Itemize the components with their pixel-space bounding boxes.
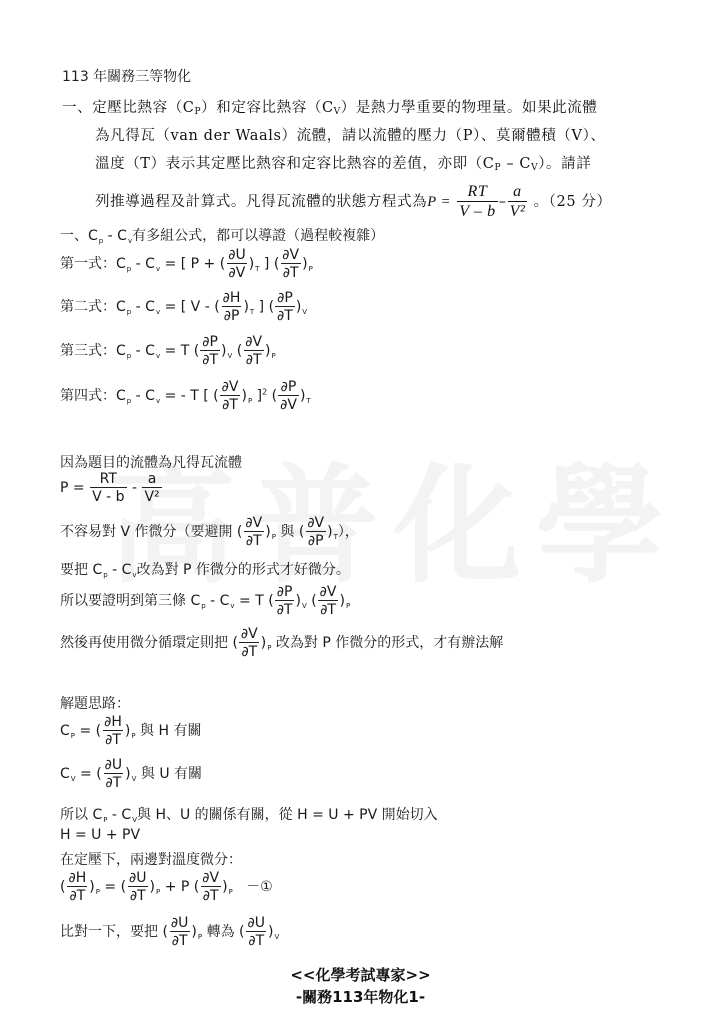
footer-brand: <<化學考試專家>> <box>0 964 721 985</box>
question-line-3: 溫度（T）表示其定壓比熱容和定容比熱容的差值，亦即（CP – CV）。請詳 <box>95 152 591 173</box>
vdw-intro: 因為題目的流體為凡得瓦流體 <box>60 452 242 472</box>
cv-definition: CV = (∂U∂T)V 與 U 有關 <box>60 758 202 790</box>
page-header: 113 年關務三等物化 <box>62 66 191 86</box>
formula-1: 第一式：Cp - Cv = [ P + (∂U∂V)T ] (∂V∂T)P <box>60 248 313 280</box>
footer-page-label: -關務113年物化1- <box>0 986 721 1007</box>
prove-line: 所以要證明到第三條 Cp - Cv = T (∂P∂T)V (∂V∂T)P <box>60 585 350 617</box>
change-line: 要把 Cp - Cv改為對 P 作微分的形式才好微分。 <box>60 559 350 579</box>
formula-3: 第三式：Cp - Cv = T (∂P∂T)V (∂V∂T)P <box>60 335 276 367</box>
equation-tag: －① <box>246 879 273 895</box>
document-page: 113 年關務三等物化 一、定壓比熱容（CP）和定容比熱容（CV）是熱力學重要的… <box>0 0 721 1024</box>
enthalpy-definition: H = U + PV <box>60 827 140 843</box>
answer-intro: 一、Cp - Cv有多組公式，都可以導證（過程較複雜） <box>60 225 384 245</box>
cp-definition: CP = (∂H∂T)P 與 H 有關 <box>60 715 201 747</box>
idea-title: 解題思路： <box>60 693 130 713</box>
vdw-equation: P = RTV - b - aV² <box>60 472 163 504</box>
difficulty-line: 不容易對 V 作微分（要避開 (∂V∂T)P 與 (∂V∂P)T）， <box>60 516 359 548</box>
differentiate-line: 在定壓下，兩邊對溫度微分： <box>60 849 242 869</box>
formula-2: 第二式：Cp - Cv = [ V - (∂H∂P)T ] (∂P∂T)V <box>60 291 307 323</box>
relation-line: 所以 CP - CV與 H、U 的關係有關，從 H = U + PV 開始切入 <box>60 804 438 824</box>
question-line-1: 一、定壓比熱容（CP）和定容比熱容（CV）是熱力學重要的物理量。如果此流體 <box>62 96 597 117</box>
cyclic-line: 然後再使用微分循環定則把 (∂V∂T)P 改為對 P 作微分的形式，才有辦法解 <box>60 627 503 659</box>
question-line-2: 為凡得瓦（van der Waals）流體，請以流體的壓力（P）、莫爾體積（V）… <box>95 124 606 145</box>
question-line-4: 列推導過程及計算式。凡得瓦流體的狀態方程式為P = RTV – b–aV² 。（… <box>95 184 612 220</box>
compare-line: 比對一下，要把 (∂U∂T)P 轉為 (∂U∂T)V <box>60 916 279 948</box>
formula-4: 第四式：Cp - Cv = - T [ (∂V∂T)P ]2 (∂P∂V)T <box>60 380 311 412</box>
equation-1: (∂H∂T)P = (∂U∂T)P + P (∂V∂T)P －① <box>60 871 273 903</box>
